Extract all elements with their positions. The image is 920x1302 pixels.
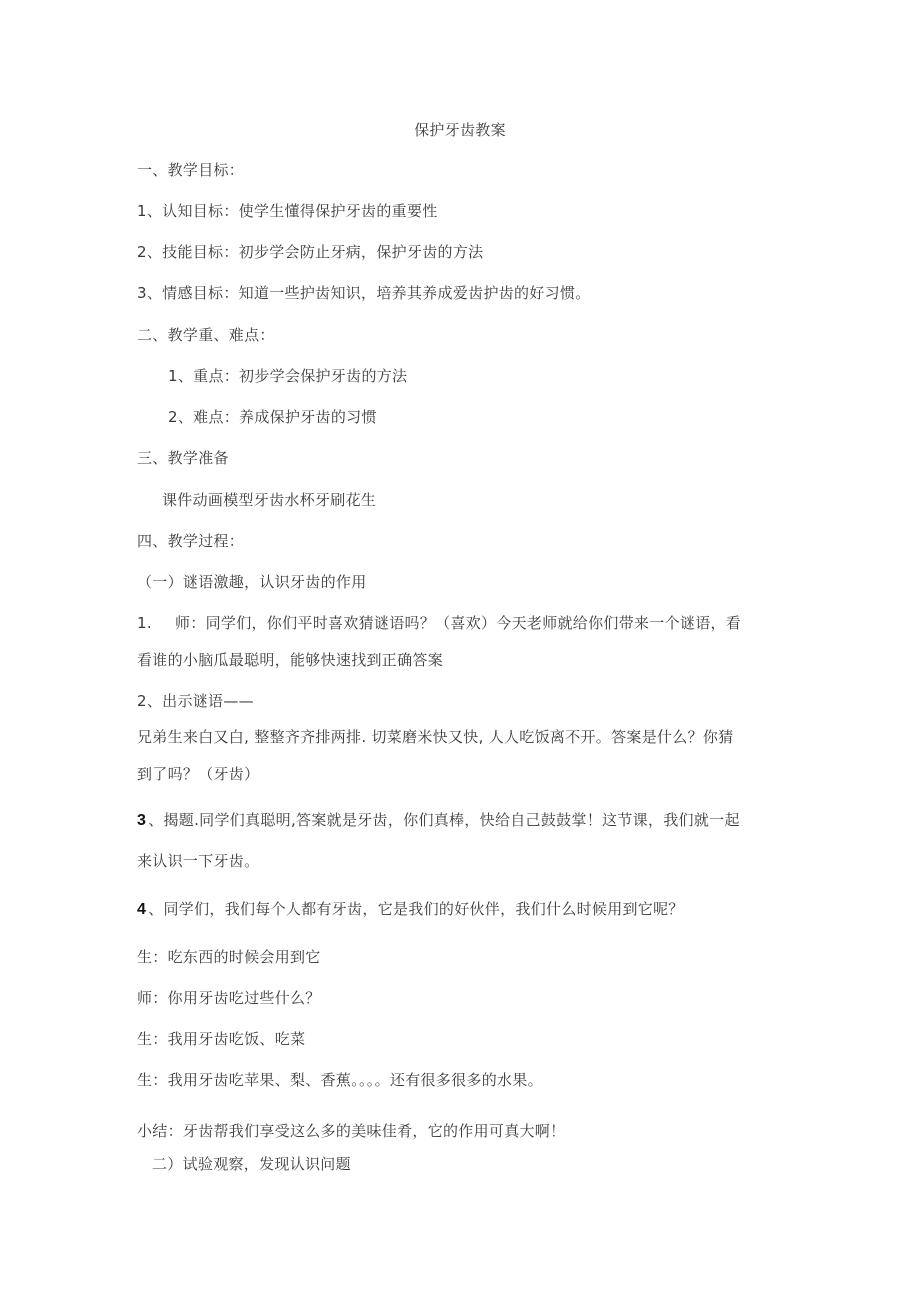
section-heading-preparation: 三、教学准备 — [137, 448, 787, 468]
summary: 小结：牙齿帮我们享受这么多的美味佳肴，它的作用可真大啊！ — [137, 1121, 787, 1141]
riddle-line-1: 兄弟生来白又白, 整整齐齐排两排. 切菜磨米快又快, 人人吃饭离不开。答案是什么… — [137, 727, 787, 747]
dialogue-line: 生：吃东西的时候会用到它 — [137, 947, 787, 967]
document-page: 保护牙齿教案 一、教学目标： 1、认知目标：使学生懂得保护牙齿的重要性 2、技能… — [0, 0, 920, 1302]
part-heading-1: （一）谜语激趣，认识牙齿的作用 — [137, 572, 787, 592]
key-point-item: 1、重点：初步学会保护牙齿的方法 — [168, 366, 818, 386]
step-4-number: 4 — [137, 901, 146, 918]
step-1-line-2: 看谁的小脑瓜最聪明，能够快速找到正确答案 — [137, 650, 787, 670]
step-3-number: 3 — [137, 812, 146, 829]
section-heading-process: 四、教学过程： — [137, 531, 787, 551]
section-heading-key-points: 二、教学重、难点： — [137, 325, 787, 345]
preparation-body: 课件动画模型牙齿水杯牙刷花生 — [162, 490, 812, 510]
step-1-text: 师：同学们，你们平时喜欢猜谜语吗？（喜欢）今天老师就给你们带来一个谜语，看 — [175, 614, 741, 632]
step-1-number: 1. — [137, 613, 175, 633]
step-2-heading: 2、出示谜语—— — [137, 691, 787, 711]
step-1-line-1: 1.师：同学们，你们平时喜欢猜谜语吗？（喜欢）今天老师就给你们带来一个谜语，看 — [137, 613, 787, 633]
section-heading-objectives: 一、教学目标： — [137, 160, 787, 180]
step-4-text: 、同学们，我们每个人都有牙齿，它是我们的好伙伴，我们什么时候用到它呢？ — [148, 900, 684, 918]
step-3-line-2: 来认识一下牙齿。 — [137, 851, 787, 871]
riddle-line-2: 到了吗？（牙齿） — [137, 764, 787, 784]
dialogue-line: 生：我用牙齿吃饭、吃菜 — [137, 1029, 787, 1049]
step-3-line-1: 3、揭题.同学们真聪明,答案就是牙齿，你们真棒，快给自己鼓鼓掌！这节课，我们就一… — [137, 810, 787, 831]
objective-item: 2、技能目标：初步学会防止牙病，保护牙齿的方法 — [137, 242, 787, 262]
step-4-line-1: 4、同学们，我们每个人都有牙齿，它是我们的好伙伴，我们什么时候用到它呢？ — [137, 899, 787, 920]
step-3-text: 、揭题.同学们真聪明,答案就是牙齿，你们真棒，快给自己鼓鼓掌！这节课，我们就一起 — [148, 811, 740, 829]
key-point-item: 2、难点：养成保护牙齿的习惯 — [168, 407, 818, 427]
dialogue-line: 生：我用牙齿吃苹果、梨、香蕉。。。。还有很多很多的水果。 — [137, 1070, 787, 1090]
objective-item: 3、情感目标：知道一些护齿知识，培养其养成爱齿护齿的好习惯。 — [137, 283, 787, 303]
dialogue-line: 师：你用牙齿吃过些什么？ — [137, 988, 787, 1008]
document-title: 保护牙齿教案 — [0, 120, 920, 140]
objective-item: 1、认知目标：使学生懂得保护牙齿的重要性 — [137, 201, 787, 221]
part-heading-2: 二）试验观察，发现认识问题 — [152, 1154, 802, 1174]
